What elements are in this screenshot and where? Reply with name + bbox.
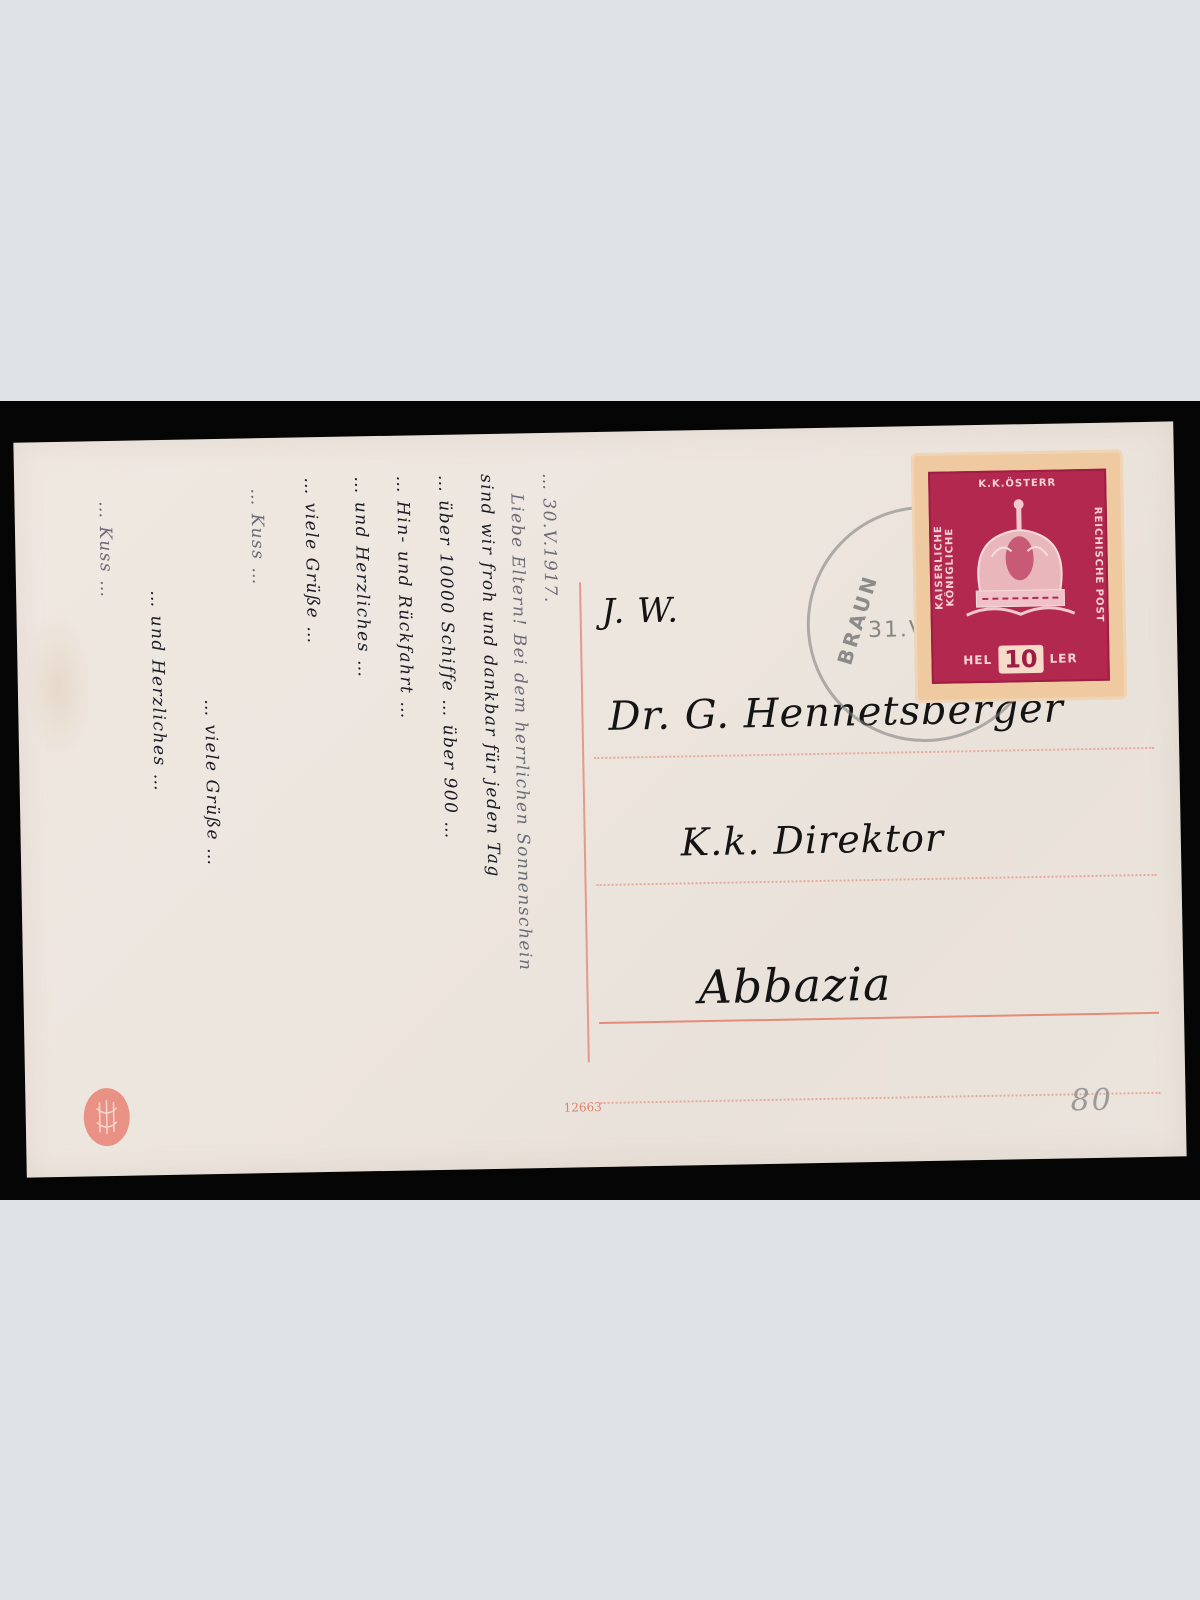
address-line-4: Abbazia [698, 957, 892, 1015]
stamp-denomination: HEL 10 LER [933, 643, 1108, 676]
stamp-right-text: REICHISCHE POST [1088, 491, 1105, 639]
postage-stamp: K.K.ÖSTERR KAISERLICHE KÖNIGLICHE REICHI… [914, 452, 1124, 700]
message-line: … über 10000 Schiffe … über 900 … [434, 475, 461, 840]
message-line: … viele Grüße … [200, 699, 223, 867]
pencil-price-note: 80 [1070, 1083, 1113, 1119]
address-underline [599, 1012, 1159, 1024]
message-line: … viele Grüße … [300, 477, 323, 645]
address-dotted-line [597, 874, 1157, 886]
stamp-denomination-left: HEL [963, 653, 992, 668]
address-line-3: K.k. Direktor [680, 816, 944, 865]
stamp-top-text: K.K.ÖSTERR [930, 477, 1104, 491]
message-line: … Kuss … [94, 501, 116, 599]
message-line: … und Herzliches … [146, 590, 170, 792]
stamp-denomination-right: LER [1049, 651, 1077, 666]
message-line: … und Herzliches … [350, 476, 374, 678]
stamp-left-text: KAISERLICHE KÖNIGLICHE [932, 494, 949, 642]
message-line: sind wir froh und dankbar für jeden Tag [476, 474, 503, 878]
message-date-line: … 30.V.1917. [538, 473, 560, 604]
postcard: … 30.V.1917. Liebe Eltern! Bei dem herrl… [13, 421, 1186, 1177]
stamp-design: K.K.ÖSTERR KAISERLICHE KÖNIGLICHE REICHI… [928, 469, 1110, 684]
address-line-1: J. W. [601, 591, 679, 632]
address-dotted-line [594, 747, 1154, 759]
handwritten-message: … 30.V.1917. Liebe Eltern! Bei dem herrl… [34, 463, 566, 1152]
serial-number: 12663 [564, 1100, 602, 1115]
crown-icon [961, 495, 1079, 623]
message-line: … Hin- und Rückfahrt … [392, 475, 416, 720]
message-line: … Kuss … [246, 488, 268, 586]
message-line: Liebe Eltern! Bei dem herrlichen Sonnens… [506, 493, 535, 971]
vertical-divider-line [579, 582, 590, 1062]
stamp-value: 10 [998, 645, 1044, 674]
